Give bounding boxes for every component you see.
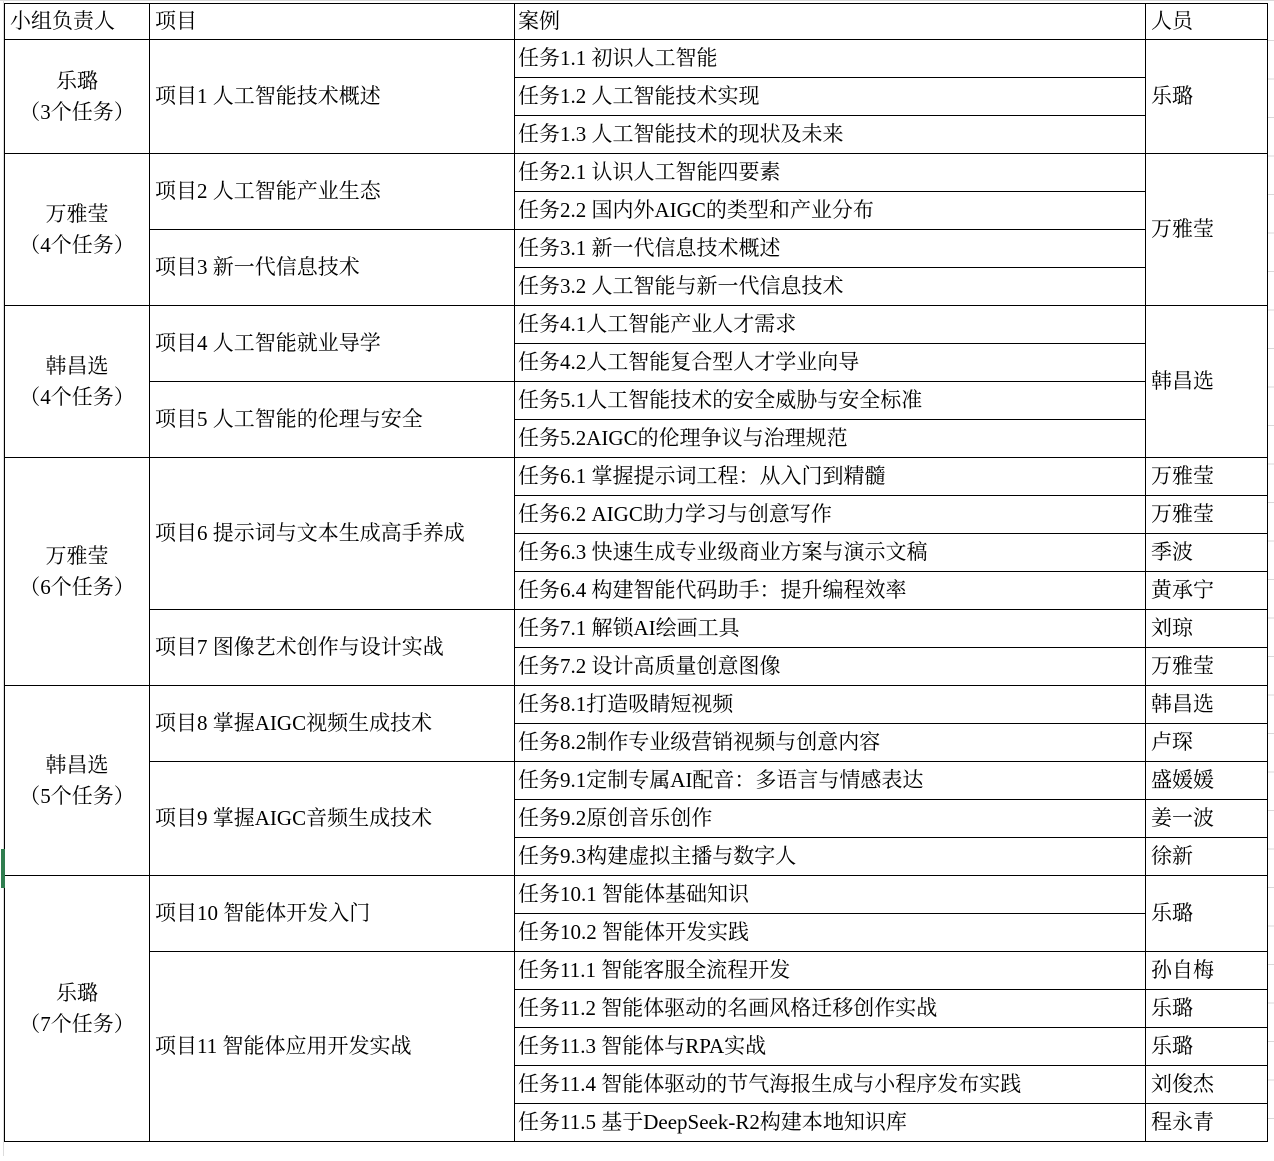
leader-cell[interactable]: 万雅莹 （6个任务）	[5, 458, 150, 686]
project-cell[interactable]: 项目4 人工智能就业导学	[150, 306, 515, 382]
person-cell[interactable]: 季波	[1146, 534, 1268, 572]
task-cell[interactable]: 任务10.2 智能体开发实践	[515, 914, 1146, 952]
leader-cell[interactable]: 韩昌选 （4个任务）	[5, 306, 150, 458]
task-cell[interactable]: 任务1.2 人工智能技术实现	[515, 78, 1146, 116]
course-assignment-table: 小组负责人 项目 案例 人员 乐璐 （3个任务） 项目1 人工智能技术概述 任务…	[4, 3, 1268, 1142]
project-cell[interactable]: 项目2 人工智能产业生态	[150, 154, 515, 230]
leader-cell[interactable]: 韩昌选 （5个任务）	[5, 686, 150, 876]
leader-name: 万雅莹	[5, 541, 149, 571]
person-cell[interactable]: 乐璐	[1146, 40, 1268, 154]
table-row: 韩昌选 （4个任务） 项目4 人工智能就业导学 任务4.1人工智能产业人才需求 …	[5, 306, 1268, 344]
project-cell[interactable]: 项目9 掌握AIGC音频生成技术	[150, 762, 515, 876]
task-cell[interactable]: 任务8.2制作专业级营销视频与创意内容	[515, 724, 1146, 762]
table-row: 项目7 图像艺术创作与设计实战 任务7.1 解锁AI绘画工具 刘琼	[5, 610, 1268, 648]
task-cell[interactable]: 任务7.1 解锁AI绘画工具	[515, 610, 1146, 648]
header-leader-cell[interactable]: 小组负责人	[5, 4, 150, 40]
task-cell[interactable]: 任务10.1 智能体基础知识	[515, 876, 1146, 914]
leader-task-count: （3个任务）	[5, 97, 149, 127]
table-row: 项目3 新一代信息技术 任务3.1 新一代信息技术概述	[5, 230, 1268, 268]
leader-cell[interactable]: 万雅莹 （4个任务）	[5, 154, 150, 306]
task-cell[interactable]: 任务1.3 人工智能技术的现状及未来	[515, 116, 1146, 154]
project-cell[interactable]: 项目1 人工智能技术概述	[150, 40, 515, 154]
task-cell[interactable]: 任务1.1 初识人工智能	[515, 40, 1146, 78]
leader-task-count: （5个任务）	[5, 781, 149, 811]
table-row: 万雅莹 （6个任务） 项目6 提示词与文本生成高手养成 任务6.1 掌握提示词工…	[5, 458, 1268, 496]
table-header-row: 小组负责人 项目 案例 人员	[5, 4, 1268, 40]
person-cell[interactable]: 韩昌选	[1146, 686, 1268, 724]
task-cell[interactable]: 任务3.1 新一代信息技术概述	[515, 230, 1146, 268]
person-cell[interactable]: 程永青	[1146, 1104, 1268, 1142]
person-cell[interactable]: 盛媛媛	[1146, 762, 1268, 800]
project-cell[interactable]: 项目10 智能体开发入门	[150, 876, 515, 952]
header-person-cell[interactable]: 人员	[1146, 4, 1268, 40]
gridline-right-stubs	[1268, 40, 1274, 1156]
project-cell[interactable]: 项目3 新一代信息技术	[150, 230, 515, 306]
project-cell[interactable]: 项目6 提示词与文本生成高手养成	[150, 458, 515, 610]
leader-cell[interactable]: 乐璐 （3个任务）	[5, 40, 150, 154]
task-cell[interactable]: 任务4.2人工智能复合型人才学业向导	[515, 344, 1146, 382]
person-cell[interactable]: 刘琼	[1146, 610, 1268, 648]
task-cell[interactable]: 任务5.2AIGC的伦理争议与治理规范	[515, 420, 1146, 458]
person-cell[interactable]: 万雅莹	[1146, 496, 1268, 534]
person-cell[interactable]: 万雅莹	[1146, 154, 1268, 306]
leader-task-count: （6个任务）	[5, 572, 149, 602]
task-cell[interactable]: 任务11.5 基于DeepSeek-R2构建本地知识库	[515, 1104, 1146, 1142]
project-cell[interactable]: 项目8 掌握AIGC视频生成技术	[150, 686, 515, 762]
cell-selection-indicator	[1, 849, 5, 888]
task-cell[interactable]: 任务11.2 智能体驱动的名画风格迁移创作实战	[515, 990, 1146, 1028]
leader-name: 乐璐	[5, 978, 149, 1008]
leader-name: 韩昌选	[5, 750, 149, 780]
person-cell[interactable]: 万雅莹	[1146, 648, 1268, 686]
header-project-cell[interactable]: 项目	[150, 4, 515, 40]
project-cell[interactable]: 项目5 人工智能的伦理与安全	[150, 382, 515, 458]
task-cell[interactable]: 任务9.2原创音乐创作	[515, 800, 1146, 838]
person-cell[interactable]: 乐璐	[1146, 1028, 1268, 1066]
task-cell[interactable]: 任务6.4 构建智能代码助手：提升编程效率	[515, 572, 1146, 610]
person-cell[interactable]: 乐璐	[1146, 876, 1268, 952]
task-cell[interactable]: 任务7.2 设计高质量创意图像	[515, 648, 1146, 686]
task-cell[interactable]: 任务6.2 AIGC助力学习与创意写作	[515, 496, 1146, 534]
task-cell[interactable]: 任务11.4 智能体驱动的节气海报生成与小程序发布实践	[515, 1066, 1146, 1104]
table-row: 万雅莹 （4个任务） 项目2 人工智能产业生态 任务2.1 认识人工智能四要素 …	[5, 154, 1268, 192]
header-case-cell[interactable]: 案例	[515, 4, 1146, 40]
task-cell[interactable]: 任务11.3 智能体与RPA实战	[515, 1028, 1146, 1066]
task-cell[interactable]: 任务9.1定制专属AI配音：多语言与情感表达	[515, 762, 1146, 800]
leader-name: 万雅莹	[5, 199, 149, 229]
person-cell[interactable]: 孙自梅	[1146, 952, 1268, 990]
leader-name: 韩昌选	[5, 351, 149, 381]
task-cell[interactable]: 任务6.1 掌握提示词工程：从入门到精髓	[515, 458, 1146, 496]
task-cell[interactable]: 任务2.1 认识人工智能四要素	[515, 154, 1146, 192]
task-cell[interactable]: 任务9.3构建虚拟主播与数字人	[515, 838, 1146, 876]
task-cell[interactable]: 任务5.1人工智能技术的安全威胁与安全标准	[515, 382, 1146, 420]
leader-task-count: （4个任务）	[5, 382, 149, 412]
table-row: 韩昌选 （5个任务） 项目8 掌握AIGC视频生成技术 任务8.1打造吸睛短视频…	[5, 686, 1268, 724]
table-row: 乐璐 （3个任务） 项目1 人工智能技术概述 任务1.1 初识人工智能 乐璐	[5, 40, 1268, 78]
person-cell[interactable]: 卢琛	[1146, 724, 1268, 762]
project-cell[interactable]: 项目11 智能体应用开发实战	[150, 952, 515, 1142]
person-cell[interactable]: 姜一波	[1146, 800, 1268, 838]
spreadsheet-canvas: 小组负责人 项目 案例 人员 乐璐 （3个任务） 项目1 人工智能技术概述 任务…	[0, 0, 1274, 1161]
gridline-top	[0, 0, 1274, 1]
leader-task-count: （4个任务）	[5, 230, 149, 260]
task-cell[interactable]: 任务3.2 人工智能与新一代信息技术	[515, 268, 1146, 306]
person-cell[interactable]: 徐新	[1146, 838, 1268, 876]
person-cell[interactable]: 黄承宁	[1146, 572, 1268, 610]
task-cell[interactable]: 任务8.1打造吸睛短视频	[515, 686, 1146, 724]
person-cell[interactable]: 乐璐	[1146, 990, 1268, 1028]
table-row: 乐璐 （7个任务） 项目10 智能体开发入门 任务10.1 智能体基础知识 乐璐	[5, 876, 1268, 914]
person-cell[interactable]: 韩昌选	[1146, 306, 1268, 458]
task-cell[interactable]: 任务4.1人工智能产业人才需求	[515, 306, 1146, 344]
person-cell[interactable]: 刘俊杰	[1146, 1066, 1268, 1104]
table-row: 项目5 人工智能的伦理与安全 任务5.1人工智能技术的安全威胁与安全标准	[5, 382, 1268, 420]
leader-name: 乐璐	[5, 66, 149, 96]
person-cell[interactable]: 万雅莹	[1146, 458, 1268, 496]
table-row: 项目9 掌握AIGC音频生成技术 任务9.1定制专属AI配音：多语言与情感表达 …	[5, 762, 1268, 800]
task-cell[interactable]: 任务6.3 快速生成专业级商业方案与演示文稿	[515, 534, 1146, 572]
leader-task-count: （7个任务）	[5, 1009, 149, 1039]
project-cell[interactable]: 项目7 图像艺术创作与设计实战	[150, 610, 515, 686]
task-cell[interactable]: 任务2.2 国内外AIGC的类型和产业分布	[515, 192, 1146, 230]
table-row: 项目11 智能体应用开发实战 任务11.1 智能客服全流程开发 孙自梅	[5, 952, 1268, 990]
leader-cell[interactable]: 乐璐 （7个任务）	[5, 876, 150, 1142]
task-cell[interactable]: 任务11.1 智能客服全流程开发	[515, 952, 1146, 990]
